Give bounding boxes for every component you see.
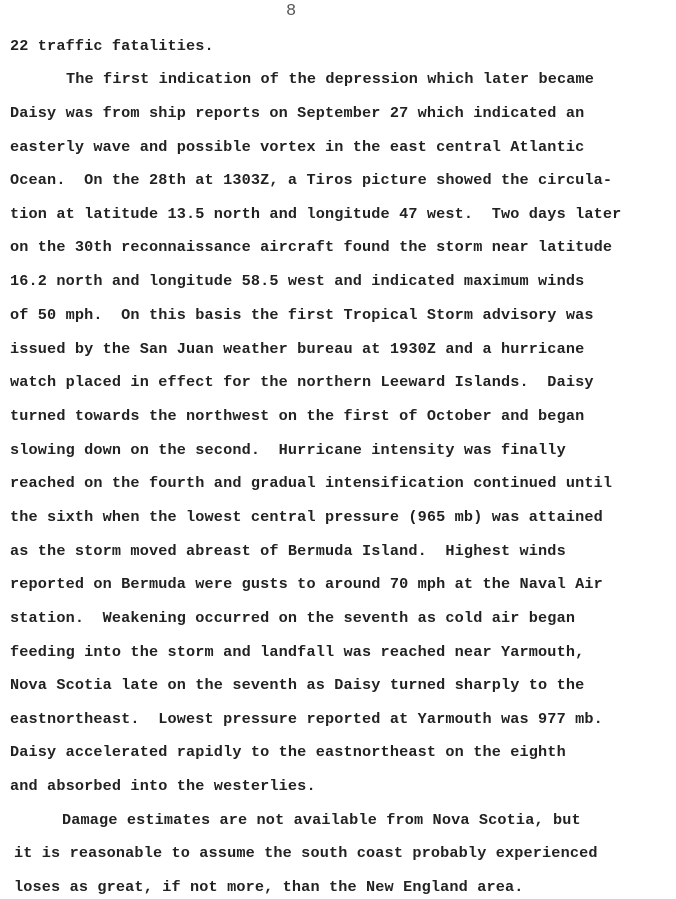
text-line: watch placed in effect for the northern … xyxy=(10,372,594,392)
text-line: 16.2 north and longitude 58.5 west and i… xyxy=(10,271,584,291)
text-line: as the storm moved abreast of Bermuda Is… xyxy=(10,541,566,561)
text-line: and absorbed into the westerlies. xyxy=(10,776,316,796)
text-line: the sixth when the lowest central pressu… xyxy=(10,507,603,527)
text-line: on the 30th reconnaissance aircraft foun… xyxy=(10,237,612,257)
text-line: reported on Bermuda were gusts to around… xyxy=(10,574,603,594)
text-line: reached on the fourth and gradual intens… xyxy=(10,473,612,493)
text-line: slowing down on the second. Hurricane in… xyxy=(10,440,566,460)
text-line: Daisy was from ship reports on September… xyxy=(10,103,584,123)
text-line: Ocean. On the 28th at 1303Z, a Tiros pic… xyxy=(10,170,612,190)
text-line: it is reasonable to assume the south coa… xyxy=(14,843,598,863)
text-line: feeding into the storm and landfall was … xyxy=(10,642,584,662)
text-line: issued by the San Juan weather bureau at… xyxy=(10,339,584,359)
text-line: Nova Scotia late on the seventh as Daisy… xyxy=(10,675,584,695)
text-line: of 50 mph. On this basis the first Tropi… xyxy=(10,305,594,325)
text-line: Daisy accelerated rapidly to the eastnor… xyxy=(10,742,566,762)
text-line: 22 traffic fatalities. xyxy=(10,36,214,56)
typewritten-page: 8 22 traffic fatalities. The first indic… xyxy=(0,0,676,899)
page-number: 8 xyxy=(286,2,296,21)
paragraph-start-line: Damage estimates are not available from … xyxy=(62,810,581,830)
text-line: easterly wave and possible vortex in the… xyxy=(10,137,584,157)
text-line: eastnortheast. Lowest pressure reported … xyxy=(10,709,603,729)
text-line: turned towards the northwest on the firs… xyxy=(10,406,584,426)
text-line: tion at latitude 13.5 north and longitud… xyxy=(10,204,621,224)
text-line: loses as great, if not more, than the Ne… xyxy=(14,877,524,897)
paragraph-start-line: The first indication of the depression w… xyxy=(66,69,594,89)
text-line: station. Weakening occurred on the seven… xyxy=(10,608,575,628)
